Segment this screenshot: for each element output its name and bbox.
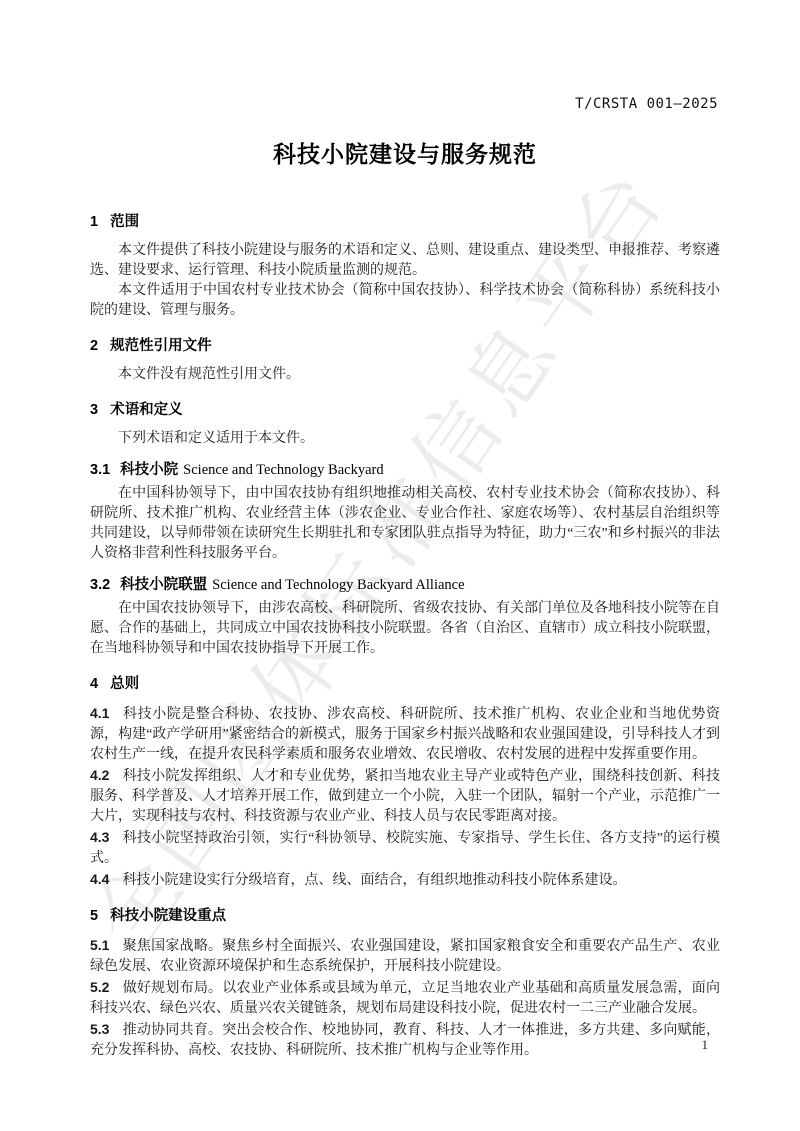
- paragraph: 下列术语和定义适用于本文件。: [90, 429, 720, 449]
- section-title: 科技小院建设重点: [110, 908, 226, 924]
- clause-text: 科技小院是整合科协、农技协、涉农高校、科研院所、技术推广机构、农业企业和当地优势…: [90, 707, 720, 762]
- clause-number: 4.2: [90, 767, 109, 783]
- clause-number: 5.3: [90, 1021, 109, 1037]
- clause-number: 5.1: [90, 937, 109, 953]
- section-heading-5: 5科技小院建设重点: [90, 906, 720, 926]
- paragraph: 本文件适用于中国农村专业技术协会（简称中国农技协）、科学技术协会（简称科协）系统…: [90, 281, 720, 321]
- term-heading-3-2: 3.2科技小院联盟Science and Technology Backyard…: [90, 575, 720, 595]
- clause: 4.4科技小院建设实行分级培育，点、线、面结合，有组织地推动科技小院体系建设。: [90, 869, 720, 891]
- page-title: 科技小院建设与服务规范: [90, 140, 720, 168]
- clause-number: 4.1: [90, 705, 109, 721]
- clause-text: 科技小院建设实行分级培育，点、线、面结合，有组织地推动科技小院体系建设。: [122, 873, 626, 888]
- section-number: 1: [90, 214, 98, 230]
- clause-number: 5.2: [90, 979, 109, 995]
- section-heading-1: 1范围: [90, 212, 720, 232]
- section-number: 4: [90, 676, 98, 692]
- term-name-en: Science and Technology Backyard Alliance: [212, 577, 464, 593]
- term-name-en: Science and Technology Backyard: [183, 462, 383, 478]
- clause: 5.1聚焦国家战略。聚焦乡村全面振兴、农业强国建设，紧扣国家粮食安全和重要农产品…: [90, 935, 720, 977]
- section-title: 术语和定义: [110, 402, 183, 418]
- section-number: 5: [90, 908, 98, 924]
- paragraph: 本文件没有规范性引用文件。: [90, 365, 720, 385]
- page-number: 1: [702, 1036, 709, 1054]
- clause-text: 做好规划布局。以农业产业体系或县域为单元，立足当地农业产业基础和高质量发展急需，…: [90, 981, 720, 1016]
- clause-text: 科技小院坚持政治引领，实行“科协领导、校院实施、专家指导、学生长住、各方支持”的…: [90, 831, 720, 866]
- paragraph: 在中国科协领导下，由中国农技协有组织地推动相关高校、农村专业技术协会（简称农技协…: [90, 484, 720, 564]
- clause: 4.1科技小院是整合科协、农技协、涉农高校、科研院所、技术推广机构、农业企业和当…: [90, 703, 720, 765]
- term-name: 科技小院: [120, 462, 178, 478]
- section-title: 总则: [110, 676, 139, 692]
- clause: 5.2做好规划布局。以农业产业体系或县域为单元，立足当地农业产业基础和高质量发展…: [90, 977, 720, 1019]
- document-page: 全国团体标准信息平台 T/CRSTA 001—2025 科技小院建设与服务规范 …: [0, 0, 800, 1131]
- section-heading-3: 3术语和定义: [90, 400, 720, 420]
- section-number: 2: [90, 338, 98, 354]
- clause-text: 推动协同共育。突出会校合作、校地协同，教育、科技、人才一体推进，多方共建、多向赋…: [90, 1023, 720, 1058]
- section-title: 规范性引用文件: [110, 338, 212, 354]
- clause: 4.3科技小院坚持政治引领，实行“科协领导、校院实施、专家指导、学生长住、各方支…: [90, 827, 720, 869]
- term-number: 3.1: [90, 462, 110, 478]
- doc-number: T/CRSTA 001—2025: [575, 96, 718, 112]
- clause: 5.3推动协同共育。突出会校合作、校地协同，教育、科技、人才一体推进，多方共建、…: [90, 1019, 720, 1061]
- term-name: 科技小院联盟: [120, 577, 207, 593]
- paragraph: 在中国农技协领导下，由涉农高校、科研院所、省级农技协、有关部门单位及各地科技小院…: [90, 599, 720, 659]
- term-number: 3.2: [90, 577, 110, 593]
- section-number: 3: [90, 402, 98, 418]
- clause-text: 科技小院发挥组织、人才和专业优势，紧扣当地农业主导产业或特色产业，围绕科技创新、…: [90, 769, 720, 824]
- clause-number: 4.4: [90, 871, 109, 887]
- term-heading-3-1: 3.1科技小院Science and Technology Backyard: [90, 460, 720, 480]
- paragraph: 本文件提供了科技小院建设与服务的术语和定义、总则、建设重点、建设类型、申报推荐、…: [90, 241, 720, 281]
- document-content: 科技小院建设与服务规范 1范围 本文件提供了科技小院建设与服务的术语和定义、总则…: [90, 140, 720, 1061]
- section-heading-4: 4总则: [90, 674, 720, 694]
- clause-number: 4.3: [90, 829, 109, 845]
- clause-text: 聚焦国家战略。聚焦乡村全面振兴、农业强国建设，紧扣国家粮食安全和重要农产品生产、…: [90, 939, 720, 974]
- section-heading-2: 2规范性引用文件: [90, 336, 720, 356]
- section-title: 范围: [110, 214, 139, 230]
- clause: 4.2科技小院发挥组织、人才和专业优势，紧扣当地农业主导产业或特色产业，围绕科技…: [90, 765, 720, 827]
